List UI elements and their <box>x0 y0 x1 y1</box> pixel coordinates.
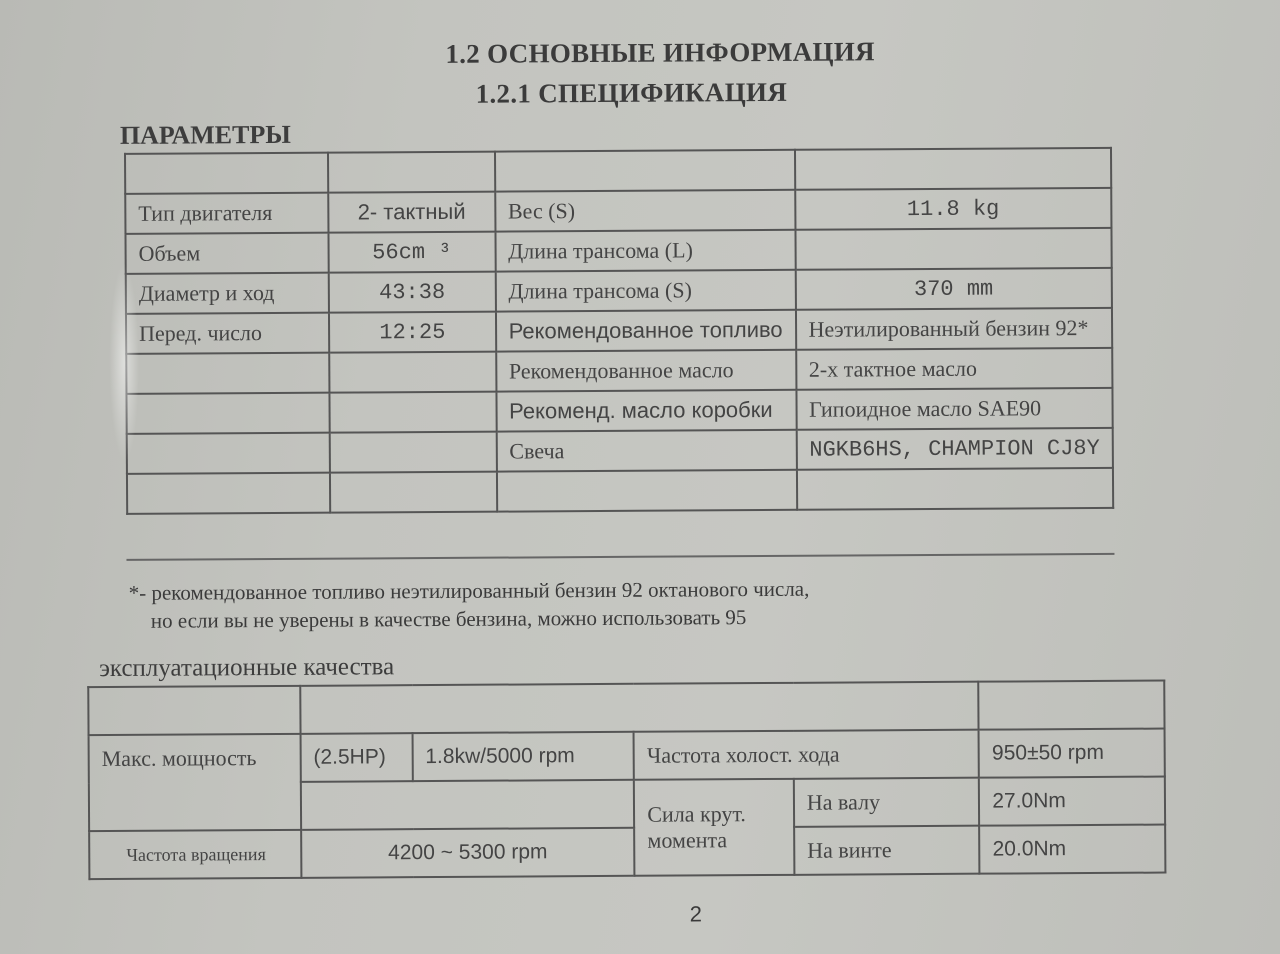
param-label: Объем <box>125 233 328 274</box>
param-value: NGKB6HS, CHAMPION CJ8Y <box>796 428 1113 470</box>
document-page: 1.2 ОСНОВНЫЕ ИНФОРМАЦИЯ 1.2.1 СПЕЦИФИКАЦ… <box>0 0 1280 954</box>
param-label <box>125 153 328 194</box>
table-row: Тип двигателя2- тактныйВес (S)11.8 kg <box>125 188 1111 234</box>
param-value <box>796 468 1113 510</box>
param-label: Свеча <box>496 430 796 472</box>
performance-table: Макс. мощность (2.5HP) 1.8kw/5000 rpm Ча… <box>87 680 1166 881</box>
torque-prop-label: На винте <box>794 826 980 875</box>
table-row: Перед. число12:25Рекомендованное топливо… <box>126 308 1112 354</box>
param-value: 12:25 <box>329 312 496 353</box>
param-value <box>330 432 497 473</box>
param-label: Длина трансома (S) <box>495 270 795 312</box>
param-value: 11.8 kg <box>795 188 1112 230</box>
param-label: Длина трансома (L) <box>495 230 795 272</box>
table-cell <box>300 682 979 734</box>
rpm-value: 4200 ~ 5300 rpm <box>301 828 635 878</box>
table-row: Рекомендованное масло2-х тактное масло <box>126 348 1112 394</box>
table-row: Рекоменд. масло коробкиГипоидное масло S… <box>126 388 1112 434</box>
footnote-divider <box>126 553 1114 561</box>
table-row <box>88 681 1164 736</box>
parameters-table: Тип двигателя2- тактныйВес (S)11.8 kgОбъ… <box>124 147 1114 515</box>
param-label: Рекомендованное топливо <box>496 310 796 352</box>
param-value: 370 mm <box>795 268 1112 310</box>
param-value: 56cm ³ <box>328 232 495 273</box>
param-value: Гипоидное масло SAE90 <box>796 388 1113 430</box>
torque-prop-value: 20.0Nm <box>979 825 1165 874</box>
table-row <box>125 148 1111 194</box>
table-cell <box>979 681 1165 730</box>
torque-shaft-value: 27.0Nm <box>979 777 1165 826</box>
param-value <box>330 472 497 513</box>
torque-label: Сила крут. момента <box>634 779 794 876</box>
table-cell <box>301 780 635 830</box>
param-label <box>497 470 797 512</box>
param-label: Диаметр и ход <box>126 273 329 314</box>
param-value: 2-х тактное масло <box>796 348 1113 390</box>
max-power-kw: 1.8kw/5000 rpm <box>412 732 634 781</box>
param-label: Рекомендованное масло <box>496 350 796 392</box>
table-row <box>127 468 1113 514</box>
page-number: 2 <box>690 901 702 927</box>
idle-value: 950±50 rpm <box>979 729 1165 778</box>
table-row: СвечаNGKB6HS, CHAMPION CJ8Y <box>127 428 1113 474</box>
table-row: Диаметр и ход43:38Длина трансома (S)370 … <box>126 268 1112 314</box>
param-value: 2- тактный <box>328 192 495 233</box>
rpm-label: Частота вращения <box>89 830 301 879</box>
param-label <box>127 433 330 474</box>
table-row: Макс. мощность (2.5HP) 1.8kw/5000 rpm Ча… <box>89 729 1165 784</box>
footnote-line-1: *- рекомендованное топливо неэтилированн… <box>129 577 810 606</box>
subsection-heading: 1.2.1 СПЕЦИФИКАЦИЯ <box>476 77 788 110</box>
performance-title: эксплуатационные качества <box>99 653 394 683</box>
param-value: Неэтилированный бензин 92* <box>795 308 1112 350</box>
param-value <box>329 352 496 393</box>
param-label: Вес (S) <box>495 190 795 232</box>
param-value <box>795 228 1112 270</box>
max-power-hp: (2.5HP) <box>300 733 412 782</box>
param-value <box>329 392 496 433</box>
parameters-title: ПАРАМЕТРЫ <box>120 120 291 151</box>
param-label <box>126 353 329 394</box>
table-row: Объем56cm ³Длина трансома (L) <box>125 228 1111 274</box>
param-value <box>328 152 495 193</box>
idle-label: Частота холост. хода <box>634 730 979 780</box>
param-value: 43:38 <box>329 272 496 313</box>
max-power-label: Макс. мощность <box>89 734 301 831</box>
param-label <box>127 473 330 514</box>
table-cell <box>88 686 300 735</box>
param-label: Рекоменд. масло коробки <box>496 390 796 432</box>
param-label <box>495 150 795 192</box>
param-label: Перед. число <box>126 313 329 354</box>
footnote-line-2: но если вы не уверены в качестве бензина… <box>151 605 747 634</box>
section-heading: 1.2 ОСНОВНЫЕ ИНФОРМАЦИЯ <box>445 36 875 70</box>
torque-shaft-label: На валу <box>794 778 980 827</box>
param-label: Тип двигателя <box>125 193 328 234</box>
param-label <box>126 393 329 434</box>
param-value <box>795 148 1112 190</box>
